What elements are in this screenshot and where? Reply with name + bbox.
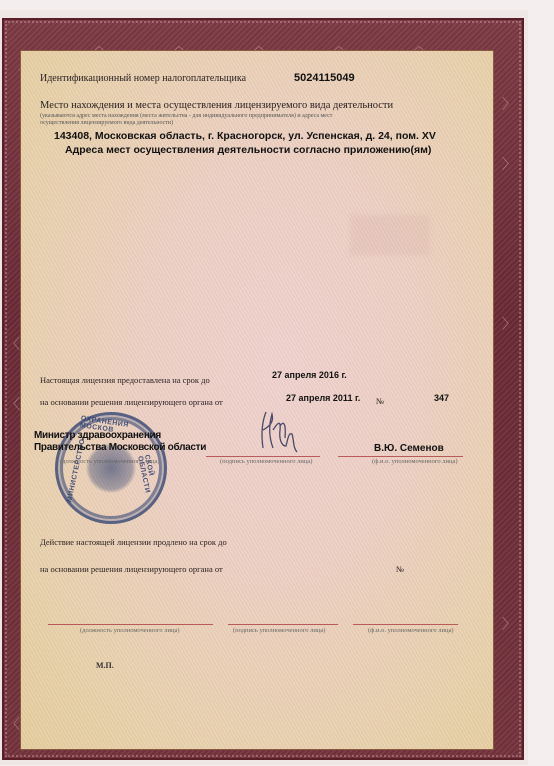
valid-until-value: 27 апреля 2016 г. bbox=[272, 370, 347, 380]
stamp-place-label: М.П. bbox=[96, 661, 114, 670]
caption-position: (должность уполномоченного лица) bbox=[60, 458, 160, 465]
signature-scribble bbox=[256, 408, 316, 456]
border-ornament-icon: 〉 bbox=[502, 158, 516, 172]
signatory-position: Министр здравоохранения bbox=[34, 430, 161, 441]
border-ornament-icon: 〉 bbox=[502, 98, 516, 112]
border-ornament-icon: 〉 bbox=[502, 618, 516, 632]
signatory-position: Правительства Московской области bbox=[34, 442, 206, 453]
signature-line bbox=[206, 456, 320, 457]
decision-label: на основании решения лицензирующего орга… bbox=[40, 397, 223, 407]
extension-label: Действие настоящей лицензии продлено на … bbox=[40, 537, 227, 547]
name-line bbox=[338, 456, 463, 457]
location-note: (указываются адрес места нахождения (мес… bbox=[40, 113, 332, 120]
caption-position: (должность уполномоченного лица) bbox=[80, 627, 180, 634]
border-ornament-icon: 〉 bbox=[502, 318, 516, 332]
valid-until-label: Настоящая лицензия предоставлена на срок… bbox=[40, 375, 210, 385]
extension-number-sign: № bbox=[396, 564, 404, 574]
extension-position-line bbox=[48, 624, 213, 625]
extension-name-line bbox=[353, 624, 458, 625]
border-ornament-icon: 〈 bbox=[6, 338, 20, 352]
extension-decision-label: на основании решения лицензирующего орга… bbox=[40, 564, 223, 574]
location-note: осуществления лицензируемого вида деятел… bbox=[40, 120, 173, 127]
signatory-name: В.Ю. Семенов bbox=[374, 443, 444, 454]
address-note: Адреса мест осуществления деятельности с… bbox=[65, 144, 431, 156]
inn-label: Идентификационный номер налогоплательщик… bbox=[40, 73, 246, 84]
caption-name: (ф.и.о. уполномоченного лица) bbox=[368, 627, 454, 634]
caption-name: (ф.и.о. уполномоченного лица) bbox=[372, 458, 458, 465]
faded-watermark bbox=[350, 215, 430, 255]
official-seal: ОХРАНЕНИЯ МОСКОВ СКОЙ ОБЛАСТИ МИНИСТЕРСТ… bbox=[55, 412, 167, 524]
address-value: 143408, Московская область, г. Красногор… bbox=[54, 130, 436, 142]
number-sign: № bbox=[376, 396, 384, 406]
decision-number: 347 bbox=[434, 393, 449, 403]
location-heading: Место нахождения и места осуществления л… bbox=[40, 100, 393, 111]
border-ornament-icon: 〈 bbox=[6, 718, 20, 732]
extension-signature-line bbox=[228, 624, 338, 625]
caption-signature: (подпись уполномоченного лица) bbox=[233, 627, 325, 634]
decision-date: 27 апреля 2011 г. bbox=[286, 393, 360, 403]
border-ornament-icon: 〈 bbox=[6, 398, 20, 412]
license-page: Идентификационный номер налогоплательщик… bbox=[20, 50, 494, 750]
caption-signature: (подпись уполномоченного лица) bbox=[220, 458, 312, 465]
inn-value: 5024115049 bbox=[294, 72, 355, 84]
